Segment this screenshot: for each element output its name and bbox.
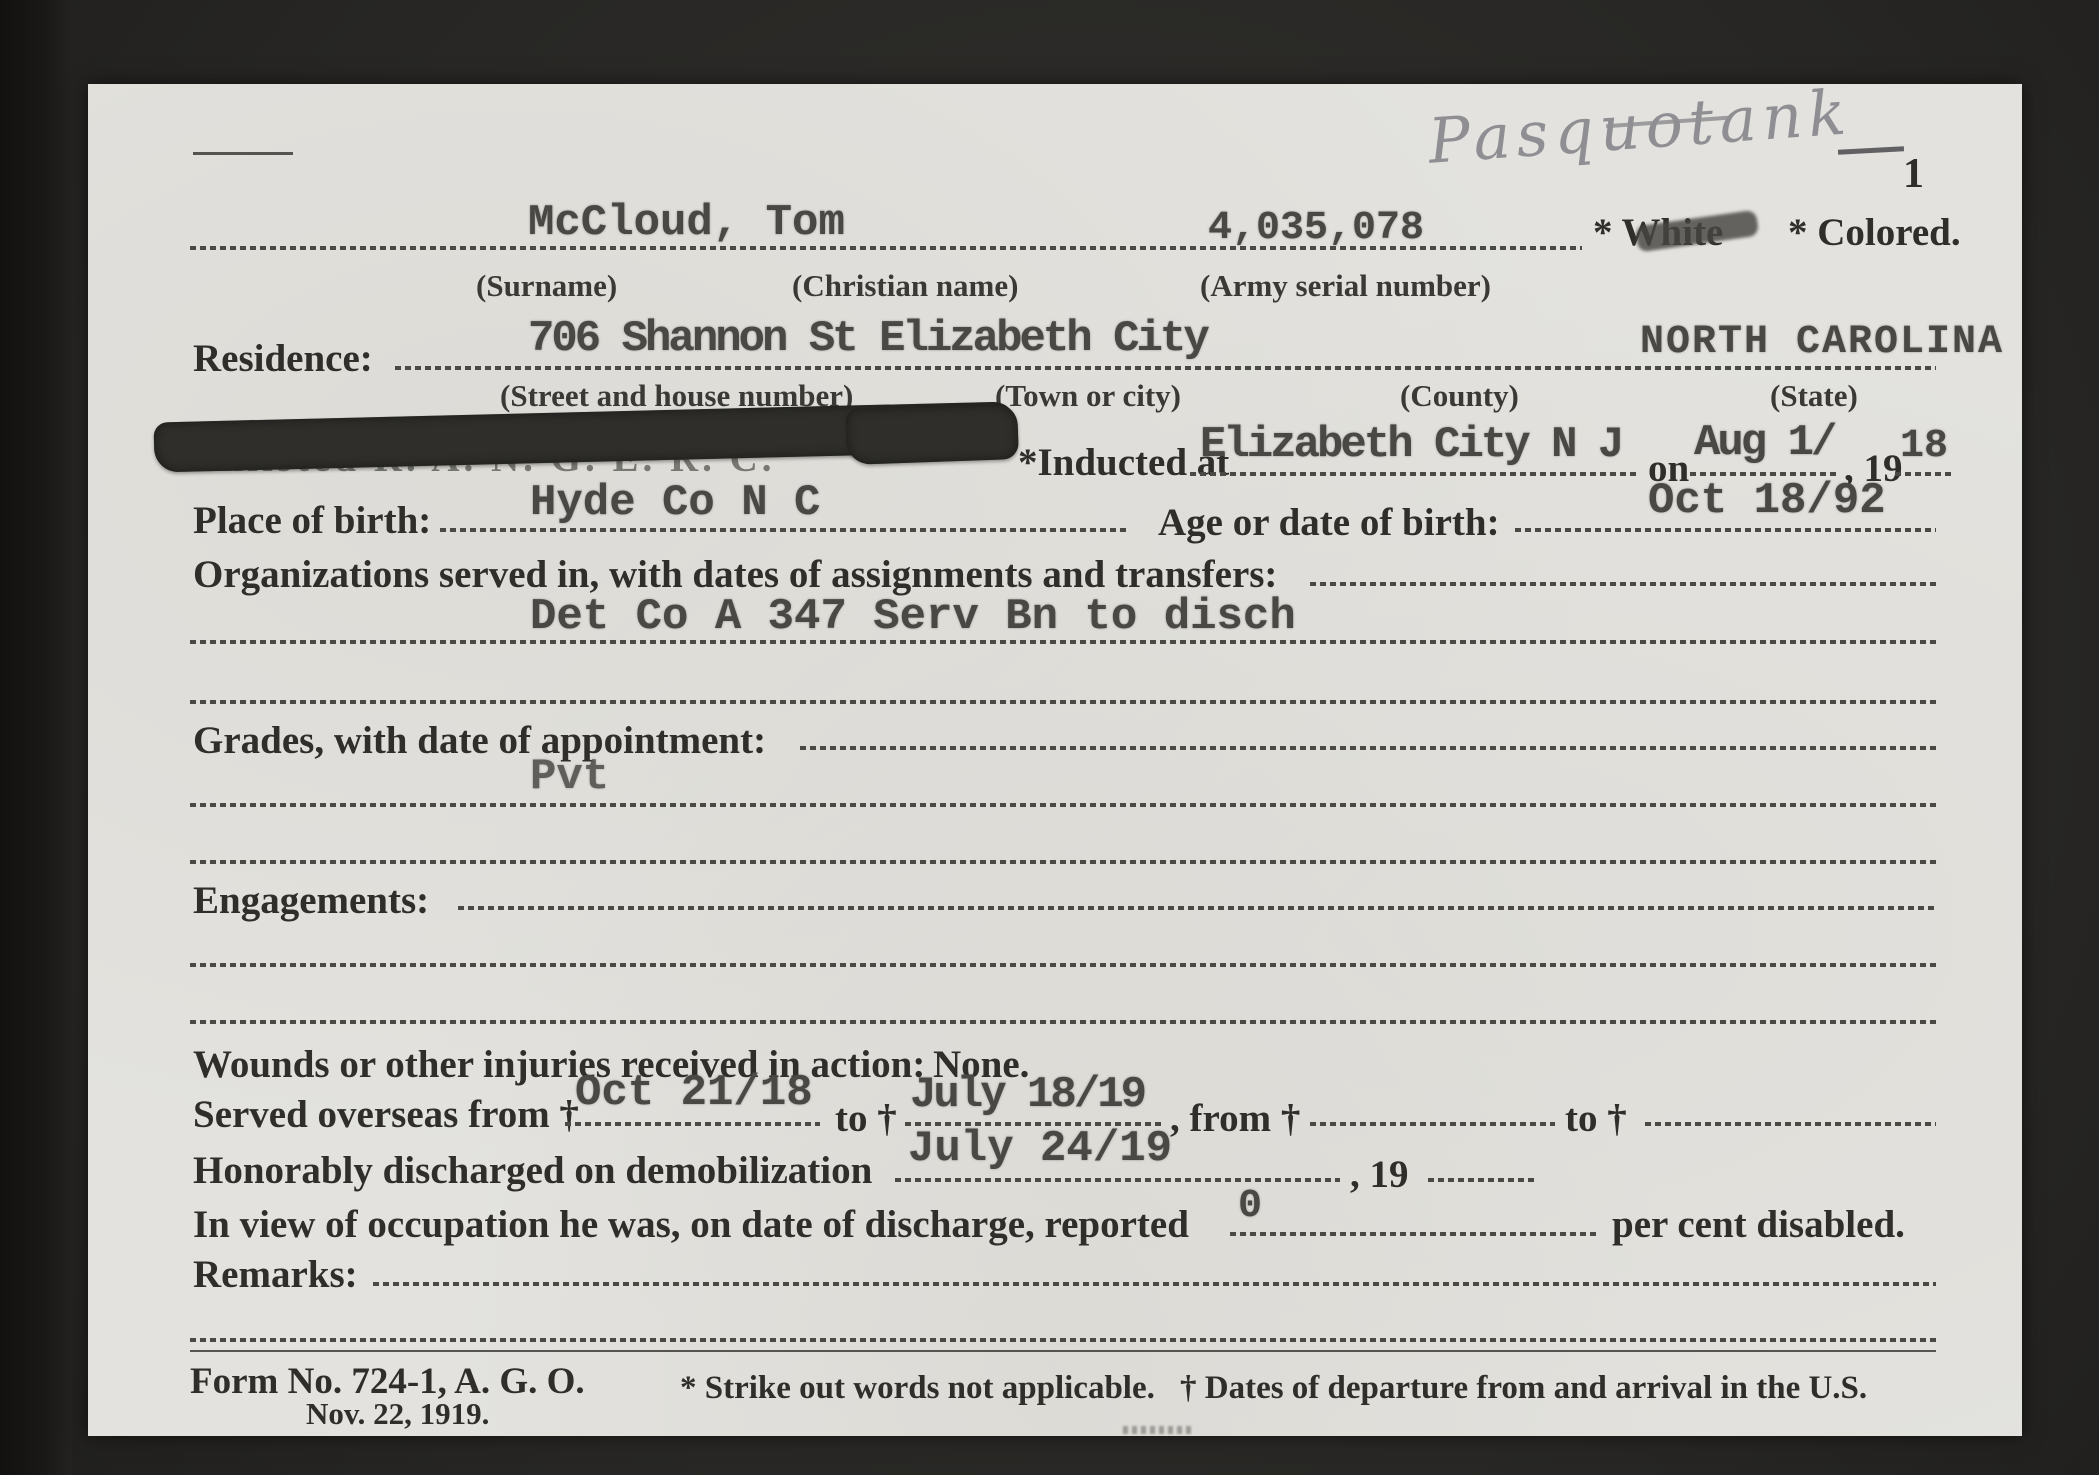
name-line-dots — [190, 246, 1582, 250]
dagger-note: † Dates of departure from and arrival in… — [1180, 1370, 1867, 1407]
overseas-to-label: to † — [835, 1096, 897, 1141]
residence-label: Residence: — [193, 336, 373, 381]
inducted-place-value: Elizabeth City N J — [1200, 420, 1621, 470]
organizations-label: Organizations served in, with dates of a… — [193, 552, 1277, 597]
overseas-to1-value: July 18/19 — [910, 1070, 1144, 1120]
organizations-dots — [1310, 582, 1936, 586]
grades-dots — [800, 746, 1936, 750]
scan-dark-edge — [0, 0, 72, 1475]
remarks-label: Remarks: — [193, 1252, 358, 1297]
name-value: McCloud, Tom — [528, 198, 845, 248]
surname-caption: (Surname) — [476, 268, 617, 304]
blank-line-3-dots — [190, 963, 1936, 967]
disability-value: 0 — [1238, 1184, 1262, 1229]
service-record-card: Pasquotank 1 McCloud, Tom 4,035,078 * Wh… — [88, 84, 2022, 1436]
discharge-year-dots — [1428, 1178, 1536, 1182]
county-caption: (County) — [1400, 378, 1519, 414]
redaction-bar-end — [845, 403, 1019, 465]
inducted-year-value: 18 — [1900, 424, 1948, 469]
discharge-label: Honorably discharged on demobilization — [193, 1148, 872, 1193]
overseas-from2-label: , from † — [1170, 1096, 1300, 1141]
residence-dots — [395, 366, 1936, 370]
blank-line-1-dots — [190, 700, 1936, 704]
overseas-to2-dots — [1645, 1122, 1936, 1126]
serial-value: 4,035,078 — [1208, 206, 1424, 251]
inducted-year-dots — [1895, 472, 1951, 476]
inducted-date-value: Aug 1/ — [1694, 418, 1834, 468]
grades-label: Grades, with date of appointment: — [193, 718, 766, 763]
serial-caption: (Army serial number) — [1200, 268, 1491, 304]
age-label: Age or date of birth: — [1158, 500, 1500, 545]
print-fragment-smudge — [1123, 1426, 1193, 1434]
blank-line-2-dots — [190, 860, 1936, 864]
birth-date-value: Oct 18/92 — [1648, 476, 1886, 526]
inducted-at-label: *Inducted at — [1018, 440, 1229, 485]
overseas-from1-value: Oct 21/18 — [575, 1068, 813, 1118]
overseas-from1-dots — [565, 1122, 820, 1126]
engagements-dots — [458, 906, 1936, 910]
engagements-label: Engagements: — [193, 878, 429, 923]
page-number: 1 — [1903, 150, 1924, 198]
form-date: Nov. 22, 1919. — [306, 1396, 489, 1432]
race-colored-label: * Colored. — [1788, 210, 1961, 255]
top-left-mark — [193, 152, 293, 155]
grades-line-dots — [190, 803, 1936, 807]
remarks-dots — [373, 1282, 1936, 1286]
bottom-rule — [190, 1350, 1936, 1352]
overseas-label: Served overseas from † — [193, 1092, 579, 1137]
overseas-from2-dots — [1310, 1122, 1555, 1126]
disability-suffix: per cent disabled. — [1612, 1202, 1905, 1247]
christian-name-caption: (Christian name) — [792, 268, 1018, 304]
discharge-date-dots — [895, 1178, 1340, 1182]
scanned-document-screen: Pasquotank 1 McCloud, Tom 4,035,078 * Wh… — [0, 0, 2099, 1475]
discharge-year-prefix: , 19 — [1350, 1152, 1409, 1197]
grades-value: Pvt — [530, 752, 609, 802]
disability-label: In view of occupation he was, on date of… — [193, 1202, 1189, 1247]
discharge-date-value: July 24/19 — [908, 1124, 1172, 1174]
place-of-birth-label: Place of birth: — [193, 498, 431, 543]
residence-value: 706 Shannon St Elizabeth City — [528, 314, 1207, 364]
birth-date-dots — [1515, 528, 1936, 532]
organizations-value: Det Co A 347 Serv Bn to disch — [530, 592, 1296, 642]
residence-state-value: NORTH CAROLINA — [1640, 320, 2004, 365]
place-of-birth-dots — [440, 528, 1128, 532]
place-of-birth-value: Hyde Co N C — [530, 478, 820, 528]
wounds-label: Wounds or other injuries received in act… — [193, 1042, 925, 1087]
inducted-place-dots — [1190, 472, 1640, 476]
organizations-line-dots — [190, 640, 1936, 644]
town-caption: (Town or city) — [995, 378, 1181, 414]
overseas-to2-label: to † — [1565, 1096, 1627, 1141]
state-caption: (State) — [1770, 378, 1858, 414]
blank-line-4-dots — [190, 1020, 1936, 1024]
disability-dots — [1230, 1232, 1598, 1236]
county-handwritten: Pasquotank — [1426, 75, 1854, 177]
strike-note: * Strike out words not applicable. — [680, 1370, 1155, 1407]
bottom-dots — [190, 1338, 1936, 1342]
